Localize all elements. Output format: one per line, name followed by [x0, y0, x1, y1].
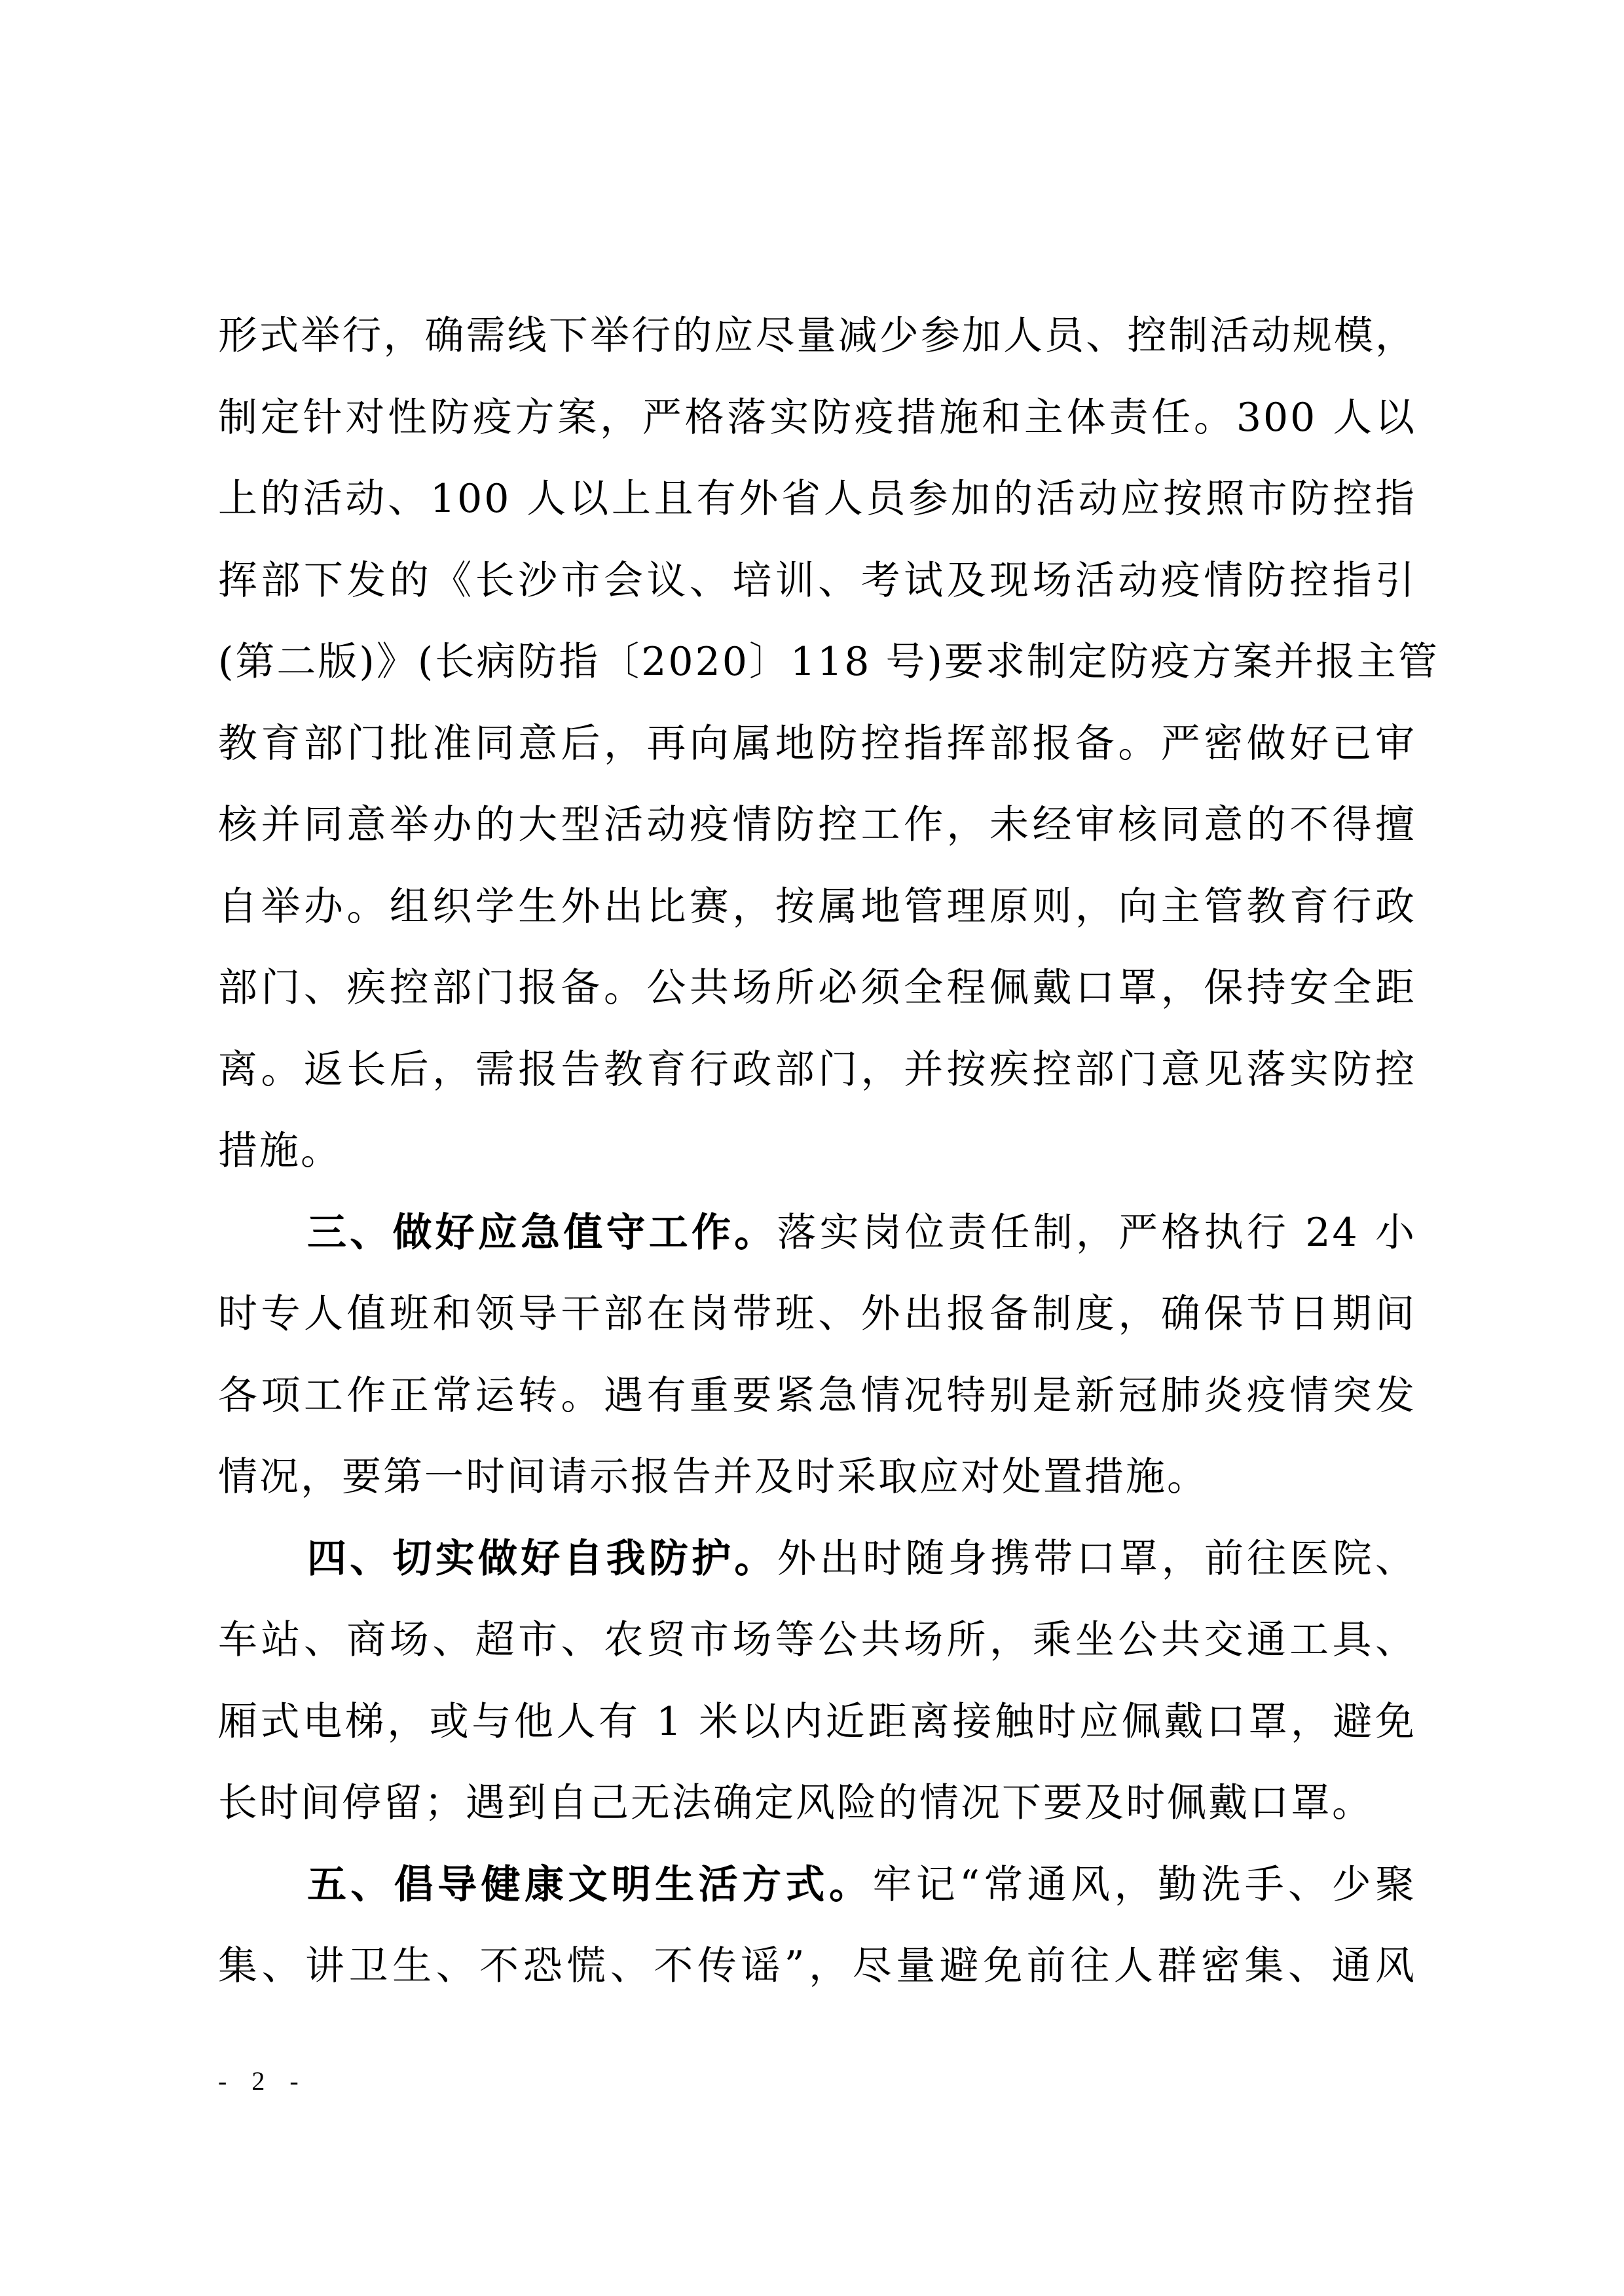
section-heading: 四、切实做好自我防护。 [307, 1536, 777, 1582]
page-number: - 2 - [218, 2066, 308, 2096]
text-line: 自举办。组织学生外出比赛，按属地管理原则，向主管教育行政 [218, 866, 1416, 948]
text-line: 离。返长后，需报告教育行政部门，并按疾控部门意见落实防控 [218, 1029, 1416, 1111]
text-line: 情况，要第一时间请示报告并及时采取应对处置措施。 [218, 1436, 1416, 1518]
section-body-text: 外出时随身携带口罩，前往医院、 [777, 1536, 1416, 1582]
text-line: 形式举行，确需线下举行的应尽量减少参加人员、控制活动规模， [218, 295, 1416, 377]
text-line: 部门、疾控部门报备。公共场所必须全程佩戴口罩，保持安全距 [218, 947, 1416, 1029]
text-line: (第二版)》(长病防指〔2020〕118 号)要求制定防疫方案并报主管 [218, 621, 1416, 703]
section-body-text: 落实岗位责任制，严格执行 24 小 [777, 1210, 1416, 1256]
section-heading: 五、倡导健康文明生活方式。 [307, 1862, 872, 1908]
text-line: 车站、商场、超市、农贸市场等公共场所，乘坐公共交通工具、 [218, 1599, 1416, 1681]
text-line: 厢式电梯，或与他人有 1 米以内近距离接触时应佩戴口罩，避免 [218, 1681, 1416, 1763]
text-line: 制定针对性防疫方案，严格落实防疫措施和主体责任。300 人以 [218, 377, 1416, 459]
paragraph-continuation: 形式举行，确需线下举行的应尽量减少参加人员、控制活动规模， 制定针对性防疫方案，… [218, 295, 1416, 1192]
text-line: 上的活动、100 人以上且有外省人员参加的活动应按照市防控指 [218, 458, 1416, 540]
text-line: 教育部门批准同意后，再向属地防控指挥部报备。严密做好已审 [218, 703, 1416, 785]
text-line: 各项工作正常运转。遇有重要紧急情况特别是新冠肺炎疫情突发 [218, 1355, 1416, 1437]
paragraph-section-5: 五、倡导健康文明生活方式。牢记“常通风，勤洗手、少聚 集、讲卫生、不恐慌、不传谣… [218, 1844, 1416, 2007]
text-line: 核并同意举办的大型活动疫情防控工作，未经审核同意的不得擅 [218, 784, 1416, 866]
paragraph-section-3: 三、做好应急值守工作。落实岗位责任制，严格执行 24 小 时专人值班和领导干部在… [218, 1192, 1416, 1518]
text-line: 时专人值班和领导干部在岗带班、外出报备制度，确保节日期间 [218, 1273, 1416, 1355]
text-line: 长时间停留；遇到自己无法确定风险的情况下要及时佩戴口罩。 [218, 1762, 1416, 1844]
text-line: 措施。 [218, 1110, 1416, 1192]
paragraph-section-4: 四、切实做好自我防护。外出时随身携带口罩，前往医院、 车站、商场、超市、农贸市场… [218, 1518, 1416, 1844]
document-page: 形式举行，确需线下举行的应尽量减少参加人员、控制活动规模， 制定针对性防疫方案，… [0, 0, 1624, 2296]
document-body: 形式举行，确需线下举行的应尽量减少参加人员、控制活动规模， 制定针对性防疫方案，… [218, 295, 1416, 2007]
text-line: 五、倡导健康文明生活方式。牢记“常通风，勤洗手、少聚 [218, 1844, 1416, 1926]
text-line: 集、讲卫生、不恐慌、不传谣”，尽量避免前往人群密集、通风 [218, 1925, 1416, 2007]
text-line: 三、做好应急值守工作。落实岗位责任制，严格执行 24 小 [218, 1192, 1416, 1274]
section-heading: 三、做好应急值守工作。 [307, 1210, 777, 1256]
text-line: 挥部下发的《长沙市会议、培训、考试及现场活动疫情防控指引 [218, 540, 1416, 622]
text-line: 四、切实做好自我防护。外出时随身携带口罩，前往医院、 [218, 1518, 1416, 1600]
section-body-text: 牢记“常通风，勤洗手、少聚 [872, 1862, 1416, 1908]
